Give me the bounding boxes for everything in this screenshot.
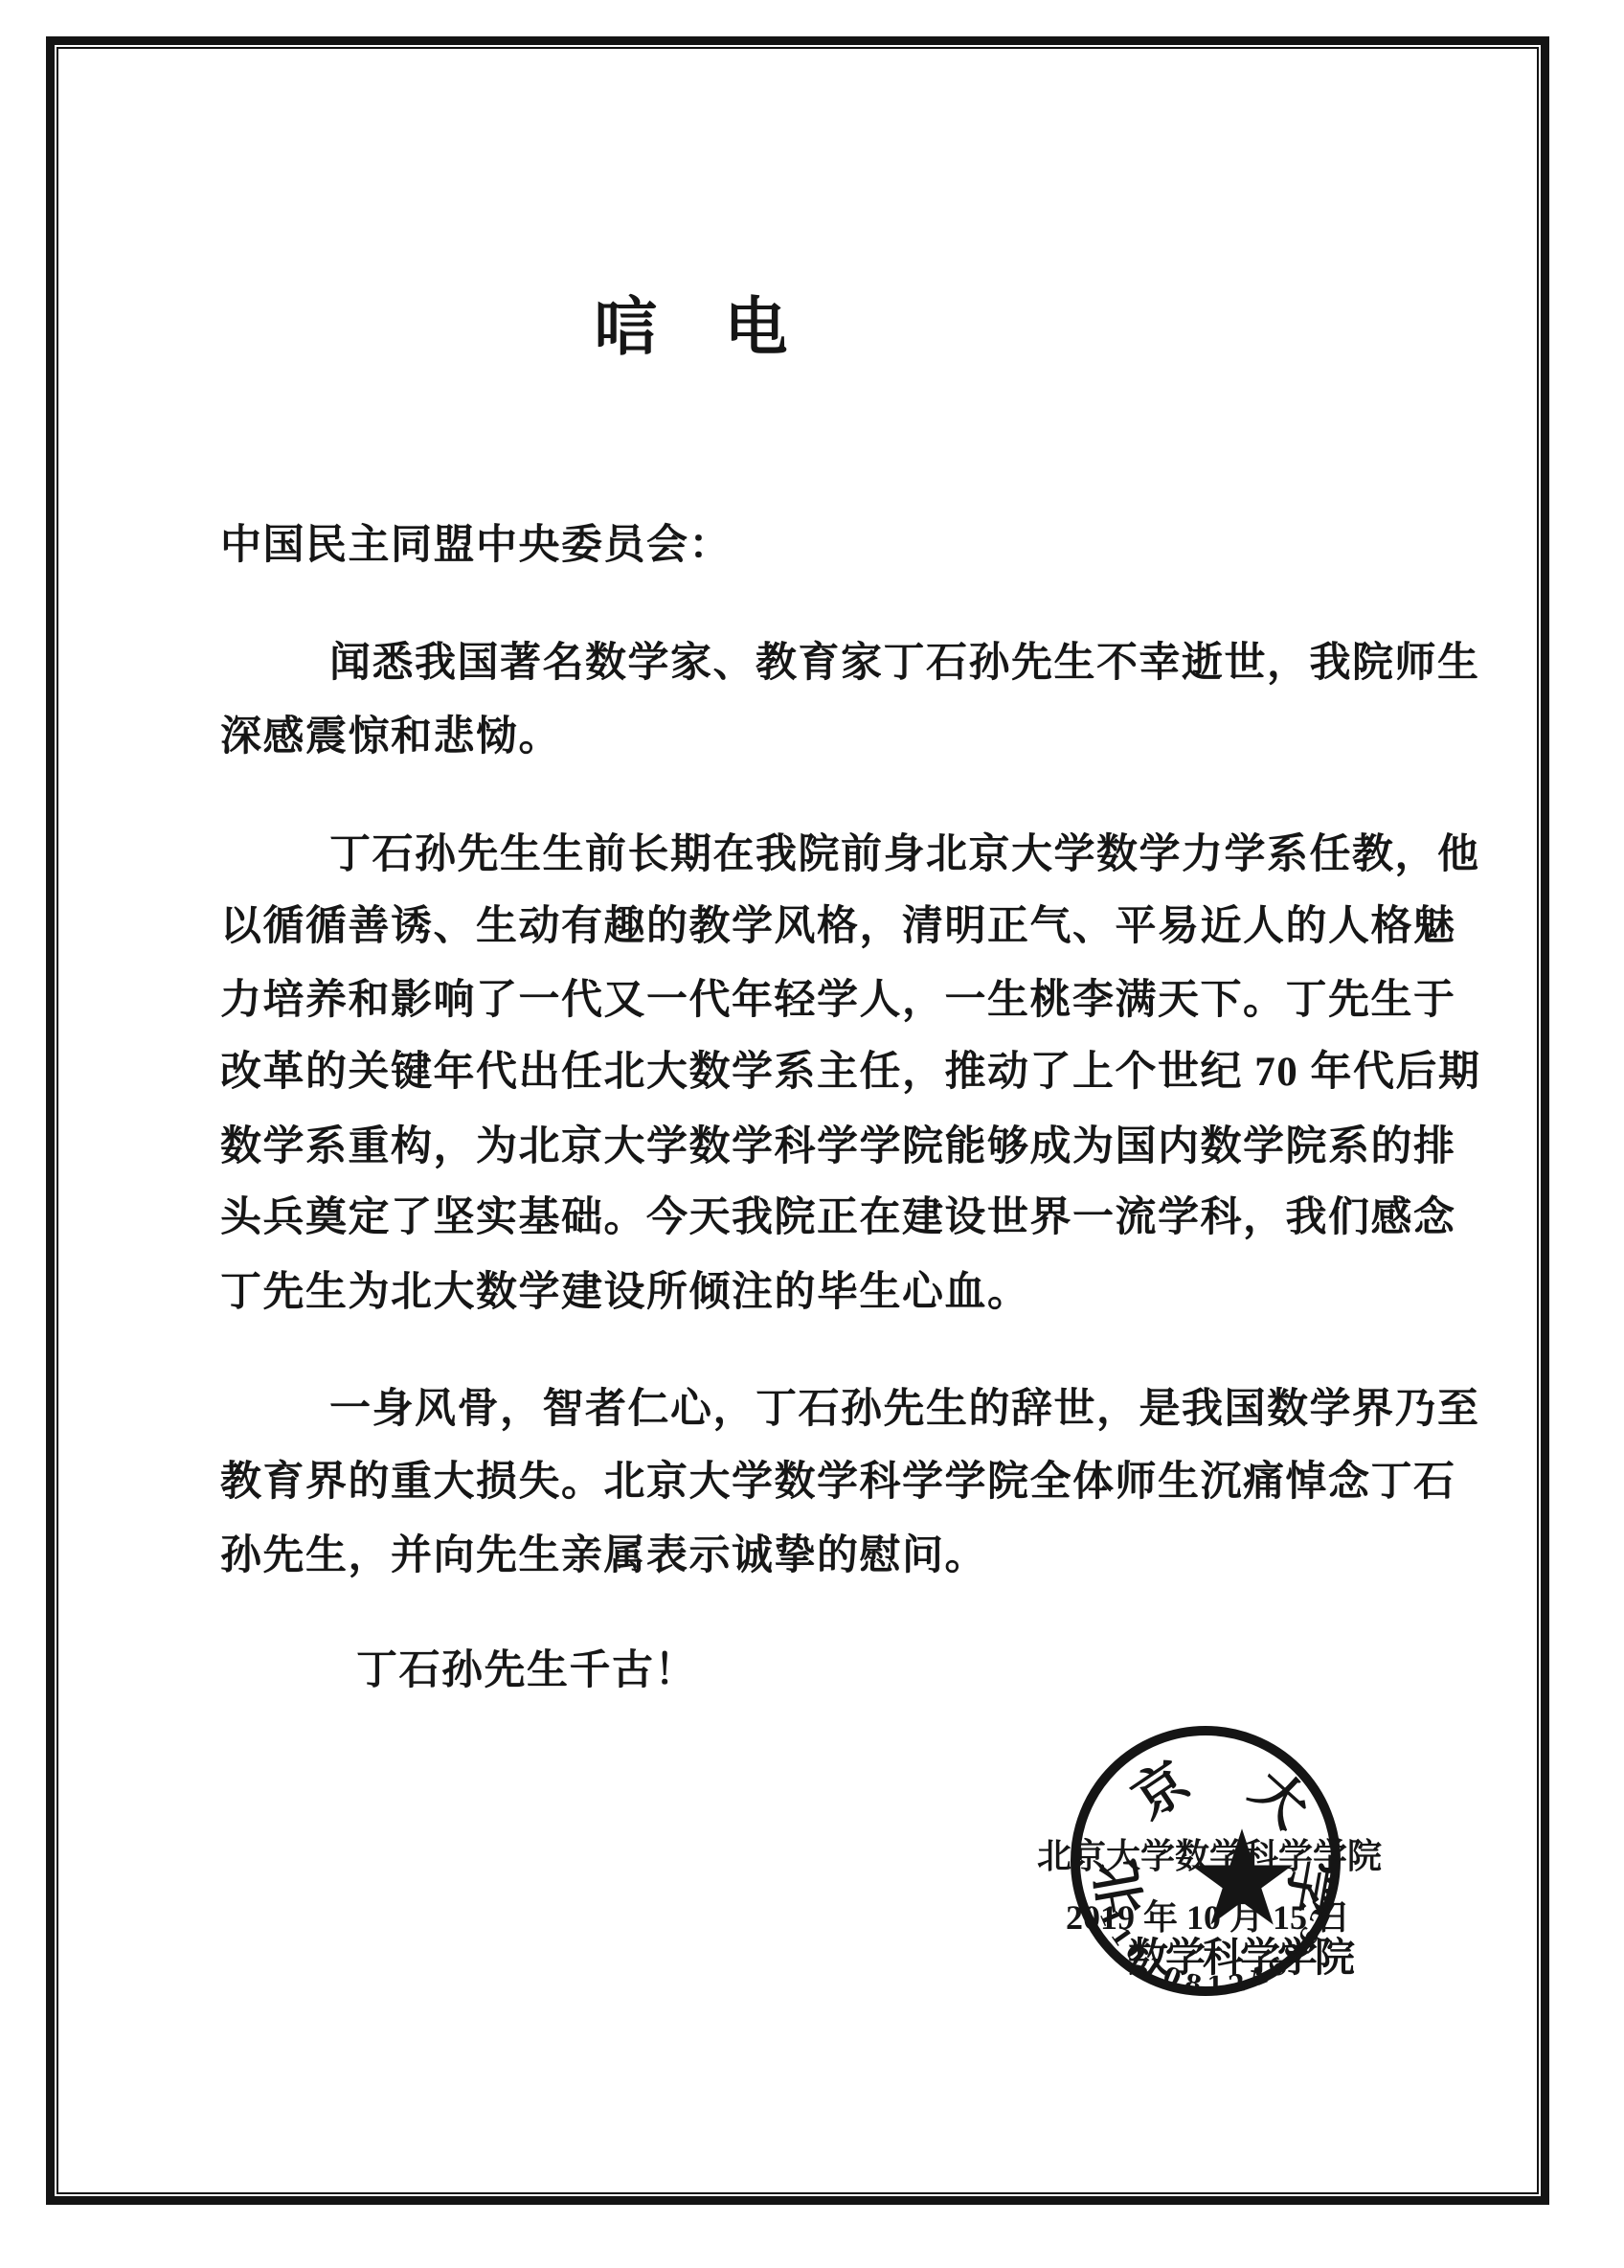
official-seal: 北 京 大 学 ★ 数学科学学院 1 1 0 1 0 8 1 2 4 6 9 6… xyxy=(1071,1726,1341,1996)
body-line: 数学系重构，为北京大学数学科学学院能够成为国内数学院系的排 xyxy=(220,1126,1456,1168)
body-line: 闻悉我国著名数学家、教育家丁石孙先生不幸逝世，我院师生 xyxy=(329,643,1480,685)
seal-serial-digit: 8 xyxy=(1183,1970,1204,1997)
body-line: 头兵奠定了坚实基础。今天我院正在建设世界一流学科，我们感念 xyxy=(220,1197,1456,1239)
body-line: 丁石孙先生生前长期在我院前身北京大学数学力学系任教，他 xyxy=(329,834,1480,876)
body-line: 改革的关键年代出任北大数学系主任，推动了上个世纪 70 年代后期 xyxy=(220,1052,1481,1094)
seal-serial-digit: 1 xyxy=(1207,1974,1223,1998)
page-title: 唁 电 xyxy=(0,276,1384,367)
body-line: 力培养和影响了一代又一代年轻学人，一生桃李满天下。丁先生于 xyxy=(220,980,1456,1022)
body-line: 丁先生为北大数学建设所倾注的毕生心血。 xyxy=(220,1272,1030,1314)
letter-page: 唁 电 中国民主同盟中央委员会： 闻悉我国著名数学家、教育家丁石孙先生不幸逝世，… xyxy=(0,0,1624,2268)
body-line: 深感震惊和悲恸。 xyxy=(220,716,561,759)
body-line: 孙先生，并向先生亲属表示诚挚的慰问。 xyxy=(220,1535,987,1577)
star-icon: ★ xyxy=(1183,1813,1301,1945)
body-line: 以循循善诱、生动有趣的教学风格，清明正气、平易近人的人格魅 xyxy=(220,906,1456,948)
body-line: 一身风骨，智者仁心，丁石孙先生的辞世，是我国数学界乃至 xyxy=(329,1389,1480,1431)
body-line: 教育界的重大损失。北京大学数学科学学院全体师生沉痛悼念丁石 xyxy=(220,1462,1456,1504)
closing-line: 丁石孙先生千古！ xyxy=(356,1650,697,1692)
salutation: 中国民主同盟中央委员会： xyxy=(220,525,732,567)
